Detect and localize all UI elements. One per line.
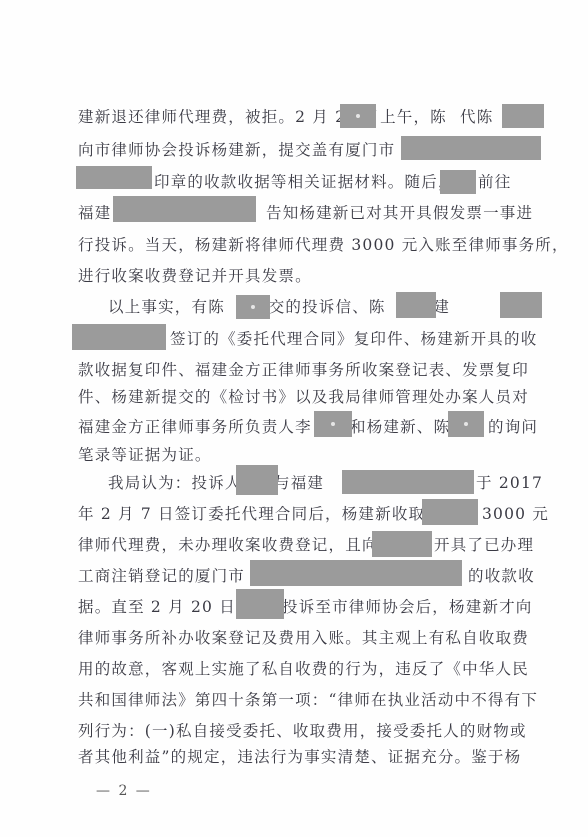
text-segment: 款收据复印件、福建金方正律师事务所收案登记表、发票复印 [78, 359, 529, 381]
text-segment: 用的故意，客观上实施了私自收费的行为，违反了《中华人民 [78, 658, 529, 680]
text-segment: 印章的收款收据等相关证据材料。随后，陈 [154, 171, 471, 193]
redaction-box [372, 531, 432, 557]
text-segment: 件、杨建新提交的《检讨书》以及我局律师管理处办案人员对 [78, 386, 529, 408]
redaction-box [342, 470, 474, 494]
text-line: 者其他利益”的规定，违法行为事实清楚、证据充分。鉴于杨 [78, 746, 538, 768]
text-segment: 据。直至 2 月 20 日被 [78, 596, 253, 618]
text-segment: 告知杨建新已对其开具假发票一事进 [266, 202, 533, 224]
text-segment: 建新退还律师代理费，被拒。2 月 20 日上午，陈 [78, 106, 447, 128]
text-line: 律师事务所补办收案登记及费用入账。其主观上有私自收取费 [78, 627, 538, 649]
redaction-box [396, 292, 436, 318]
text-segment: 于 2017 [476, 472, 543, 494]
redaction-box [401, 136, 541, 160]
redaction-dot [251, 305, 255, 309]
redaction-box [500, 292, 542, 318]
text-segment: 工商注销登记的厦门市 [78, 565, 245, 587]
redaction-box [422, 499, 478, 525]
text-segment: 与福建 [274, 472, 324, 494]
text-segment: 代陈 [460, 106, 493, 128]
text-segment: 提交的投诉信、陈 [252, 296, 386, 318]
text-segment: 律师事务所补办收案登记及费用入账。其主观上有私自收取费 [78, 627, 529, 649]
text-segment: 笔录等证据为证。 [78, 444, 212, 466]
text-line: 进行收案收费登记并开具发票。 [78, 265, 538, 287]
text-segment: 签订的《委托代理合同》复印件、杨建新开具的收 [170, 328, 537, 350]
redaction-box [502, 104, 544, 128]
redaction-dot [331, 422, 335, 426]
redaction-box [340, 104, 376, 128]
redaction-box [236, 465, 278, 495]
text-segment: 和杨建新、陈 [350, 416, 450, 438]
text-segment: 的收款收 [468, 565, 535, 587]
text-segment: 投诉至市律师协会后，杨建新才向 [282, 596, 533, 618]
text-segment: 年 2 月 7 日签订委托代理合同后，杨建新收取了 [78, 503, 442, 525]
text-segment: 以上事实，有陈 [108, 296, 225, 318]
text-line: 列行为：(一)私自接受委托、收取费用，接受委托人的财物或 [78, 720, 538, 742]
redaction-box [76, 166, 152, 189]
redaction-box [314, 411, 352, 437]
text-segment: 行投诉。当天，杨建新将律师代理费 3000 元入账至律师事务所， [78, 234, 569, 256]
redaction-box [448, 411, 484, 437]
text-segment: 福建 [78, 202, 111, 224]
redaction-box [236, 295, 270, 319]
text-segment: 我局认为：投诉人 [108, 472, 242, 494]
text-line: 件、杨建新提交的《检讨书》以及我局律师管理处办案人员对 [78, 386, 538, 408]
text-line: 款收据复印件、福建金方正律师事务所收案登记表、发票复印 [78, 359, 538, 381]
text-segment: 前往 [478, 171, 511, 193]
text-line: 据。直至 2 月 20 日被 投诉至市律师协会后，杨建新才向 [78, 596, 538, 618]
text-segment: 福建金方正律师事务所负责人李 [78, 416, 312, 438]
text-segment: 进行收案收费登记并开具发票。 [78, 265, 312, 287]
redaction-box [440, 170, 476, 194]
text-segment: 开具了已办理 [434, 534, 534, 556]
redaction-dot [464, 422, 468, 426]
redaction-box [113, 196, 256, 222]
text-line: 笔录等证据为证。 [78, 444, 538, 466]
text-segment: 向市律师协会投诉杨建新，提交盖有厦门市 [78, 139, 395, 161]
page-number: — 2 — [96, 783, 152, 799]
document-page: 建新退还律师代理费，被拒。2 月 20 日上午，陈 代陈 向市律师协会投诉杨建新… [0, 0, 588, 837]
text-line: 共和国律师法》第四十条第一项：“律师在执业活动中不得有下 [78, 689, 538, 711]
text-line: 建新退还律师代理费，被拒。2 月 20 日上午，陈 代陈 [78, 106, 538, 128]
redaction-box [250, 560, 462, 586]
text-segment: 列行为：(一)私自接受委托、收取费用，接受委托人的财物或 [78, 720, 527, 742]
text-line: 律师代理费，未办理收案收费登记，且向 开具了已办理 [78, 534, 538, 556]
text-line: 用的故意，客观上实施了私自收费的行为，违反了《中华人民 [78, 658, 538, 680]
text-line: 以上事实，有陈 提交的投诉信、陈 与福建 [78, 296, 538, 318]
text-segment: 3000 元 [482, 503, 549, 525]
text-line: 行投诉。当天，杨建新将律师代理费 3000 元入账至律师事务所， [78, 234, 538, 256]
redaction-box [72, 324, 166, 350]
text-segment: 共和国律师法》第四十条第一项：“律师在执业活动中不得有下 [78, 689, 538, 711]
redaction-box [236, 589, 284, 619]
text-segment: 律师代理费，未办理收案收费登记，且向 [78, 534, 379, 556]
text-segment: 者其他利益”的规定，违法行为事实清楚、证据充分。鉴于杨 [78, 746, 521, 768]
redaction-dot [356, 114, 360, 118]
text-segment: 的询问 [488, 416, 538, 438]
